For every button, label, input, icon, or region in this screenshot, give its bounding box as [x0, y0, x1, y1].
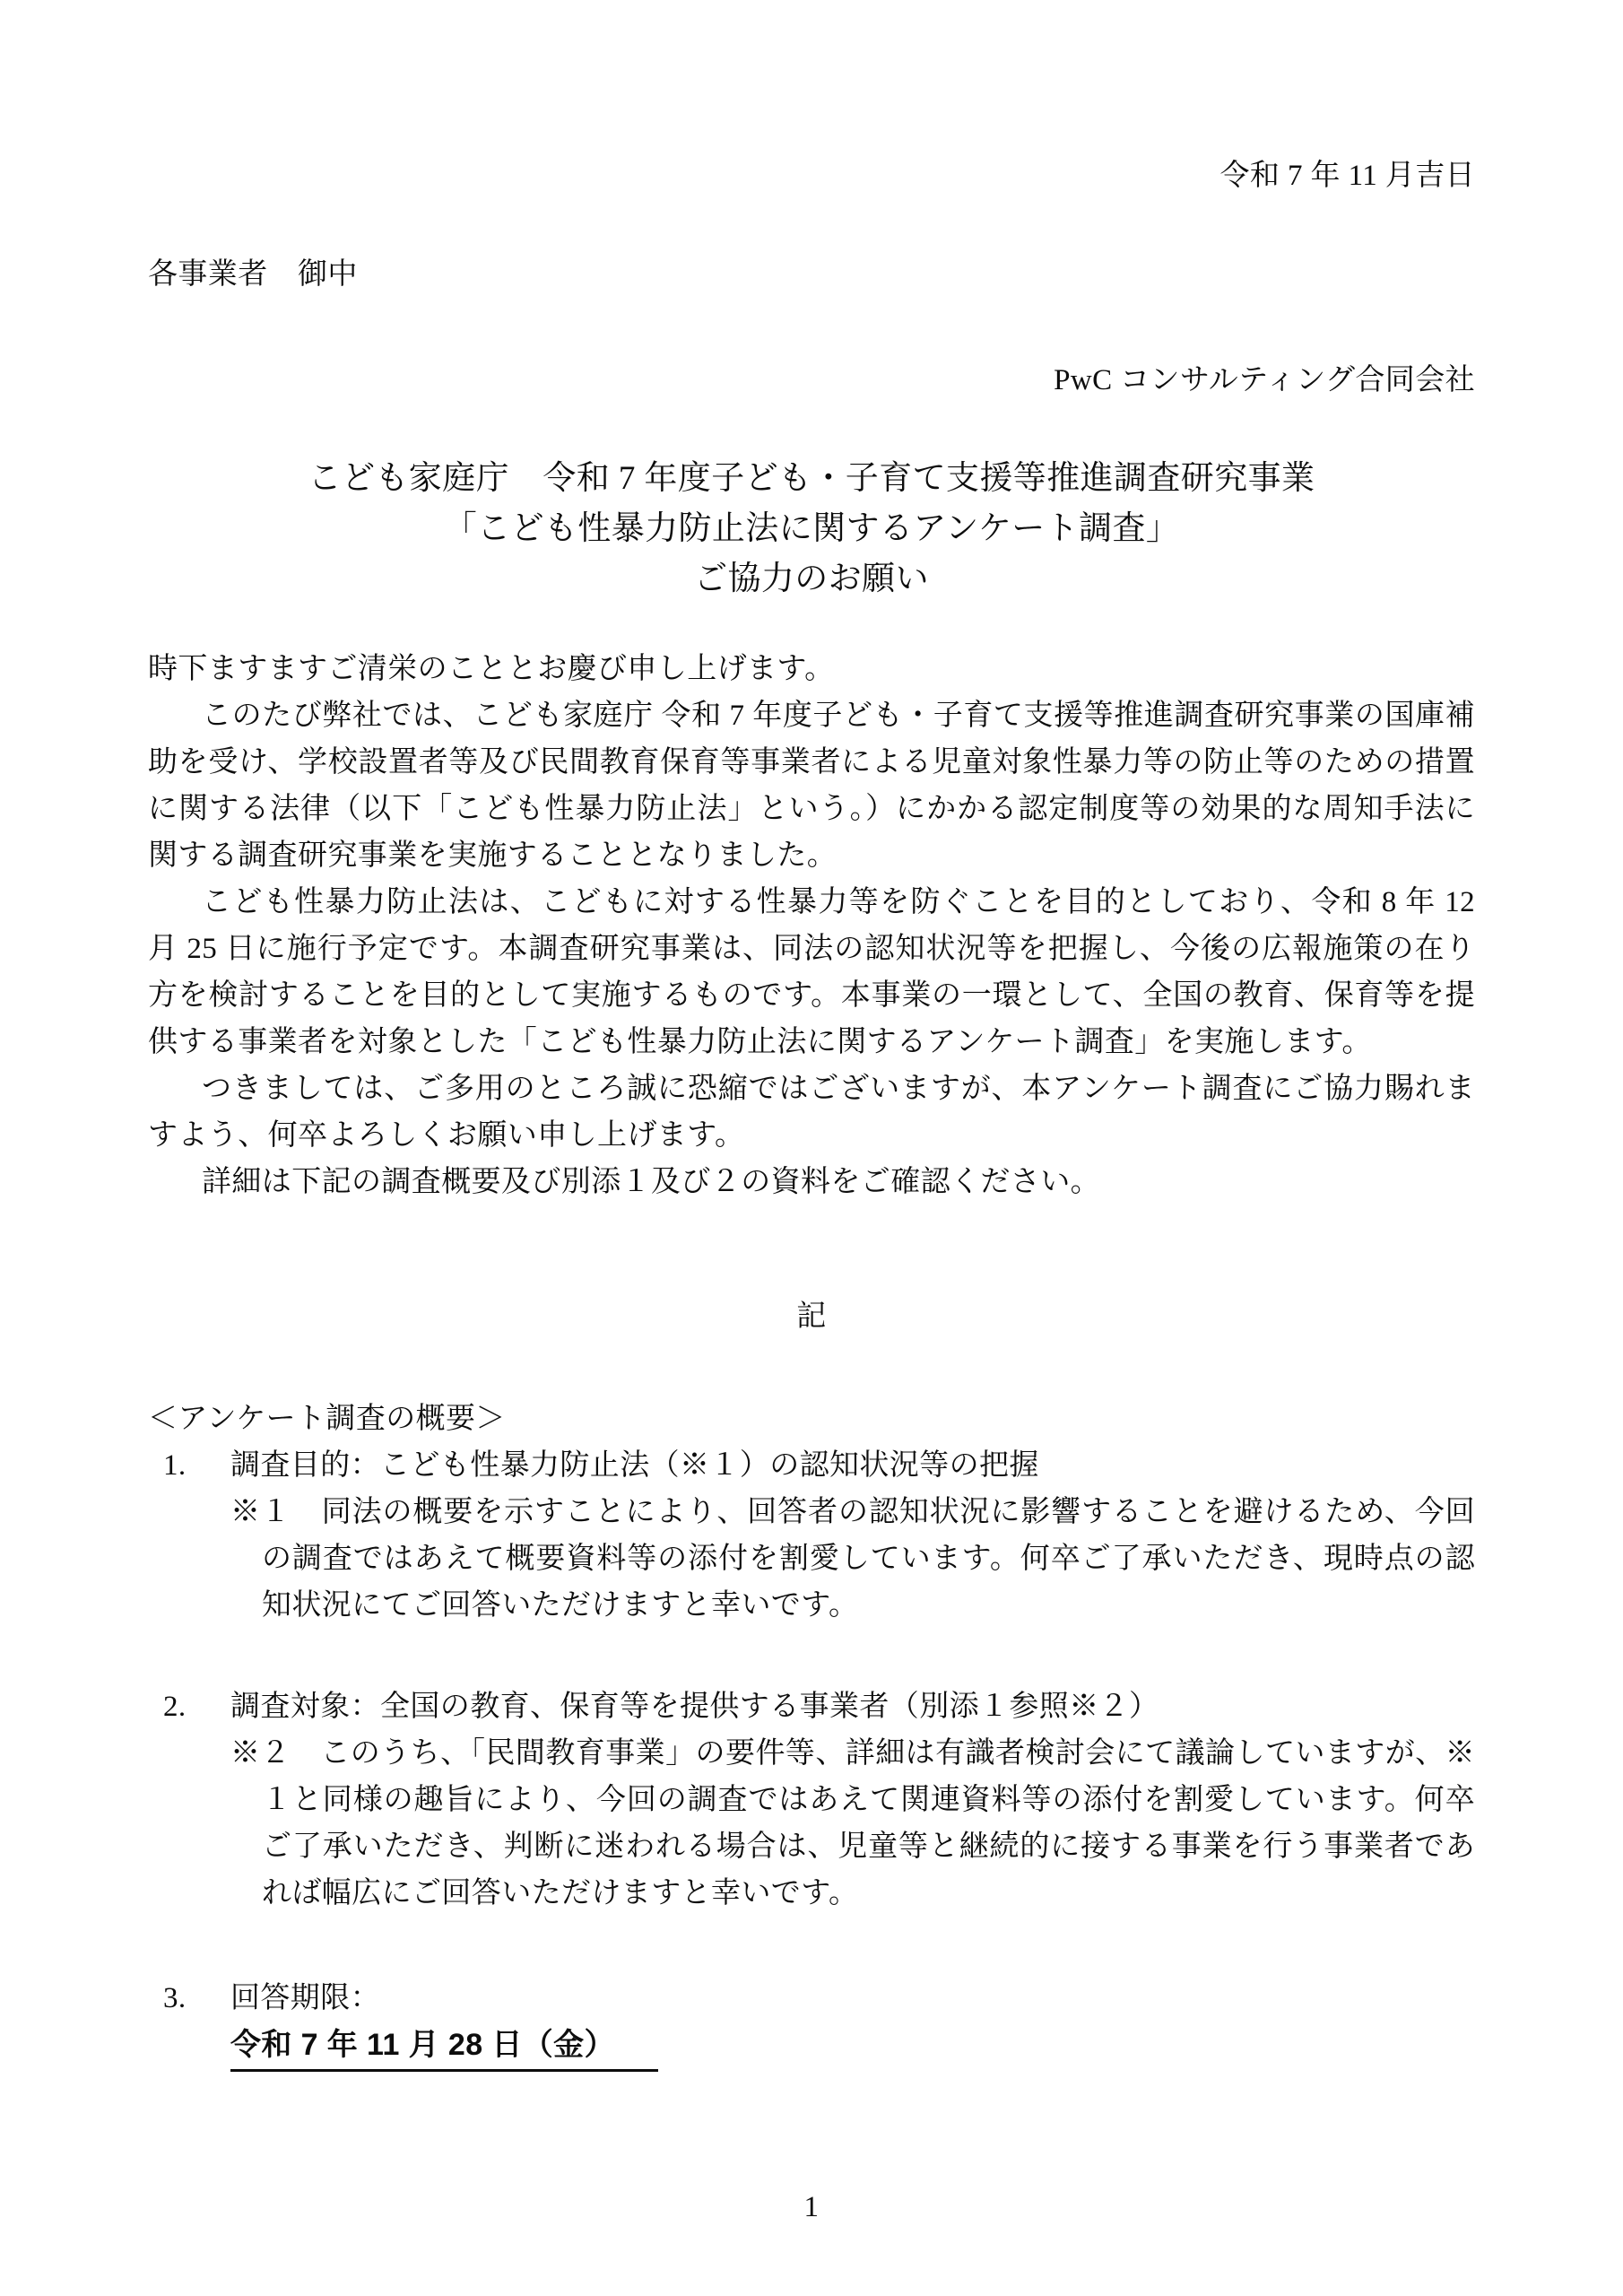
list-item-note: ※２ このうち、「民間教育事業」の要件等、詳細は有識者検討会にて議論していますが…	[230, 1730, 1475, 1917]
deadline-value: 令和 7 年 11 月 28 日（金）	[230, 2022, 658, 2072]
body-paragraph: こども性暴力防止法は、こどもに対する性暴力等を防ぐことを目的としており、令和 8…	[148, 879, 1475, 1065]
deadline-line: 令和 7 年 11 月 28 日（金）	[230, 2022, 1475, 2072]
list-item-3: 3. 回答期限： 令和 7 年 11 月 28 日（金）	[148, 1975, 1475, 2072]
title-line-1: こども家庭庁 令和 7 年度子ども・子育て支援等推進調査研究事業	[148, 454, 1475, 504]
letter-title: こども家庭庁 令和 7 年度子ども・子育て支援等推進調査研究事業 「こども性暴力…	[148, 454, 1475, 604]
document-page: 令和 7 年 11 月吉日 各事業者 御中 PwC コンサルティング合同会社 こ…	[0, 0, 1623, 2296]
list-item-2: 2. 調査対象：全国の教育、保育等を提供する事業者（別添１参照※２） ※２ この…	[148, 1683, 1475, 1917]
letter-body: 時下ますますご清栄のこととお慶び申し上げます。 このたび弊社では、こども家庭庁 …	[148, 646, 1475, 1205]
list-item-number: 2.	[163, 1683, 230, 1730]
list-item-note: ※１ 同法の概要を示すことにより、回答者の認知状況に影響することを避けるため、今…	[230, 1489, 1475, 1629]
list-item-number: 3.	[163, 1975, 230, 2022]
title-line-3: ご協力のお願い	[148, 554, 1475, 604]
page-number: 1	[0, 2184, 1623, 2231]
sender-line: PwC コンサルティング合同会社	[148, 357, 1475, 404]
list-item-content: 調査目的：こども性暴力防止法（※１）の認知状況等の把握 ※１ 同法の概要を示すこ…	[230, 1442, 1475, 1629]
record-marker: 記	[148, 1293, 1475, 1340]
list-item-content: 回答期限： 令和 7 年 11 月 28 日（金）	[230, 1975, 1475, 2072]
body-paragraph: 詳細は下記の調査概要及び別添１及び２の資料をご確認ください。	[148, 1159, 1475, 1205]
list-item-content: 調査対象：全国の教育、保育等を提供する事業者（別添１参照※２） ※２ このうち、…	[230, 1683, 1475, 1917]
list-item-text: 回答期限：	[230, 1975, 1475, 2022]
list-item-1: 1. 調査目的：こども性暴力防止法（※１）の認知状況等の把握 ※１ 同法の概要を…	[148, 1442, 1475, 1629]
body-paragraph: つきましては、ご多用のところ誠に恐縮ではございますが、本アンケート調査にご協力賜…	[148, 1065, 1475, 1159]
body-paragraph: 時下ますますご清栄のこととお慶び申し上げます。	[148, 646, 1475, 692]
recipient-line: 各事業者 御中	[148, 251, 1475, 298]
list-item-text: 調査対象：全国の教育、保育等を提供する事業者（別添１参照※２）	[230, 1683, 1475, 1730]
overview-heading: ＜アンケート調査の概要＞	[148, 1396, 1475, 1442]
date-line: 令和 7 年 11 月吉日	[148, 152, 1475, 199]
body-paragraph: このたび弊社では、こども家庭庁 令和 7 年度子ども・子育て支援等推進調査研究事…	[148, 692, 1475, 879]
list-item-number: 1.	[163, 1442, 230, 1489]
title-line-2: 「こども性暴力防止法に関するアンケート調査」	[148, 504, 1475, 554]
list-item-text: 調査目的：こども性暴力防止法（※１）の認知状況等の把握	[230, 1442, 1475, 1489]
